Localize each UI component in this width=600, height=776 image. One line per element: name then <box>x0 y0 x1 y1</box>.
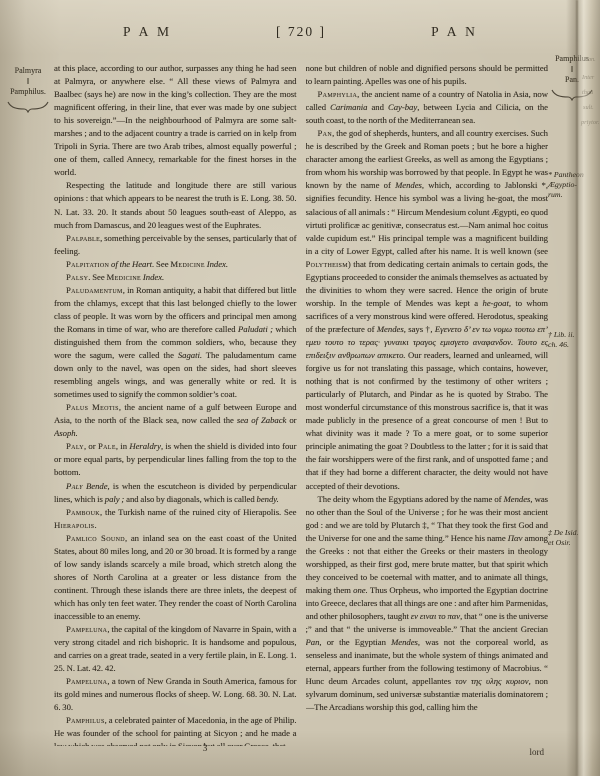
text-run: Palsy <box>66 272 88 282</box>
paragraph: none but children of noble and dignified… <box>306 62 549 88</box>
column-right: none but children of noble and dignified… <box>306 62 549 746</box>
paragraph: Paludamentum, in Roman antiquity, a habi… <box>54 284 297 401</box>
text-run: Mendes <box>395 180 422 190</box>
paragraph: at this place, according to our author, … <box>54 62 297 179</box>
paragraph: Pampeluna, a town of New Granda in South… <box>54 675 297 714</box>
paragraph: Palpable, something perceivable by the s… <box>54 232 297 258</box>
paragraph: Pan, the god of shepherds, hunters, and … <box>306 127 549 492</box>
paragraph: Paly Bende, is when the escutcheon is di… <box>54 480 297 506</box>
text-run: Palpitation <box>66 259 109 269</box>
text-run: bendy. <box>257 494 279 504</box>
edge-fragment: Pan. <box>584 56 596 63</box>
text-run: one. <box>353 585 368 595</box>
book-page: P A M [ 720 ] P A N Palmyra ‖ Pamphilus.… <box>0 0 600 776</box>
text-run: Pambouk <box>66 507 100 517</box>
text-run: Paludati ; <box>238 324 273 334</box>
text-run: Bende <box>83 481 108 491</box>
text-run: , or <box>84 441 98 451</box>
text-run: Mendes <box>391 637 418 647</box>
text-run: Cay-bay <box>388 102 417 112</box>
paragraph: Pamphilus, a celebrated painter of Maced… <box>54 714 297 746</box>
running-title-left: P A M <box>54 24 241 40</box>
text-run: Paly <box>66 481 83 491</box>
text-run: sea of Zaback <box>237 415 287 425</box>
text-run: Medicine <box>107 272 142 282</box>
paragraph: The deity whom the Egyptians adored by t… <box>306 493 549 715</box>
paragraph: Pampeluna, the capital of the kingdom of… <box>54 623 297 675</box>
signature-mark: 3 <box>175 744 235 754</box>
page-header: P A M [ 720 ] P A N <box>54 24 548 40</box>
text-run: paly ; <box>105 494 125 504</box>
text-run: Paly <box>66 441 84 451</box>
text-run: , an inland sea on the east coast of the… <box>54 533 297 621</box>
brace-ornament-left <box>7 101 49 113</box>
edge-fragment: thau <box>582 89 593 96</box>
marginal-heading-left: Palmyra ‖ Pamphilus. <box>4 66 52 98</box>
text-run: Palus Meotis <box>66 402 119 412</box>
column-left: at this place, according to our author, … <box>54 62 297 746</box>
page-crease <box>576 0 578 776</box>
text-run: εν ειναι το παν <box>411 611 460 621</box>
text-run: Palpable <box>66 233 100 243</box>
text-run: Sagati. <box>178 350 202 360</box>
text-run: Asoph. <box>54 428 78 438</box>
text-run: Heraldry <box>129 441 161 451</box>
text-run: Index. <box>205 259 228 269</box>
paragraph: Pamlico Sound, an inland sea on the east… <box>54 532 297 623</box>
text-run: Mendes <box>377 324 404 334</box>
text-run: See <box>154 259 170 269</box>
text-run: Hierapolis. <box>54 520 97 530</box>
text-run: Pale <box>98 441 116 451</box>
paragraph: Palpitation of the Heart. See Medicine I… <box>54 258 297 271</box>
paragraph: Respecting the latitude and longitude th… <box>54 179 297 231</box>
text-run: Pamlico Sound <box>66 533 125 543</box>
running-title-right: P A N <box>361 24 548 40</box>
text-run: Pamphilus <box>66 715 105 725</box>
page-number: [ 720 ] <box>241 24 361 40</box>
edge-fragment: Inter <box>582 74 594 81</box>
paragraph: Palsy. See Medicine Index. <box>54 271 297 284</box>
text-run: Our readers, learned and unlearned, will… <box>306 350 549 490</box>
paragraph: Paly, or Pale, in Heraldry, is when the … <box>54 440 297 479</box>
text-run: , in <box>116 441 129 451</box>
text-run: of the Heart. <box>109 259 154 269</box>
text-run: Pan <box>318 128 333 138</box>
edge-fragment: sult. <box>583 104 594 111</box>
text-run: he-goat <box>483 298 509 308</box>
text-run: Carimania <box>330 102 367 112</box>
text-run: Index. <box>141 272 164 282</box>
text-run: none but children of noble and dignified… <box>306 63 549 86</box>
paragraph: Palus Meotis, the ancient name of a gulf… <box>54 401 297 440</box>
text-run: Respecting the latitude and longitude th… <box>54 180 297 229</box>
text-run: Mendes <box>504 494 531 504</box>
text-run: , says †, <box>404 324 435 334</box>
text-run: and also by diagonals, which is called <box>124 494 256 504</box>
text-run: , which, according to Jablonski *, signi… <box>306 180 549 255</box>
text-run: , the Turkish name of the ruined city of… <box>100 507 297 517</box>
text-run: or <box>286 415 296 425</box>
paragraph: Pamphylia, the ancient name of a country… <box>306 88 549 127</box>
text-run: , or the Egyptian <box>319 637 391 647</box>
text-run: Pampeluna <box>66 624 107 634</box>
text-run: and <box>367 102 387 112</box>
text-run: Pan <box>306 637 320 647</box>
text-run: Παν <box>508 533 523 543</box>
page-edge-curl: Pan. Inter thau sult. priytor. <box>566 0 600 776</box>
text-run: The deity whom the Egyptians adored by t… <box>318 494 504 504</box>
text-run: τον της υλης κυριον <box>455 676 528 686</box>
edge-fragment: priytor. <box>581 119 599 126</box>
text-run: Pampeluna <box>66 676 107 686</box>
text-run: at this place, according to our author, … <box>54 63 297 177</box>
text-run: Pamphylia <box>318 89 358 99</box>
text-run: Paludamentum <box>66 285 123 295</box>
text-run: Medicine <box>170 259 205 269</box>
text-columns: at this place, according to our author, … <box>54 62 548 746</box>
paragraph: Pambouk, the Turkish name of the ruined … <box>54 506 297 532</box>
text-run: . See <box>88 272 106 282</box>
text-run: Polytheism <box>306 259 348 269</box>
catchword: lord <box>424 747 544 757</box>
